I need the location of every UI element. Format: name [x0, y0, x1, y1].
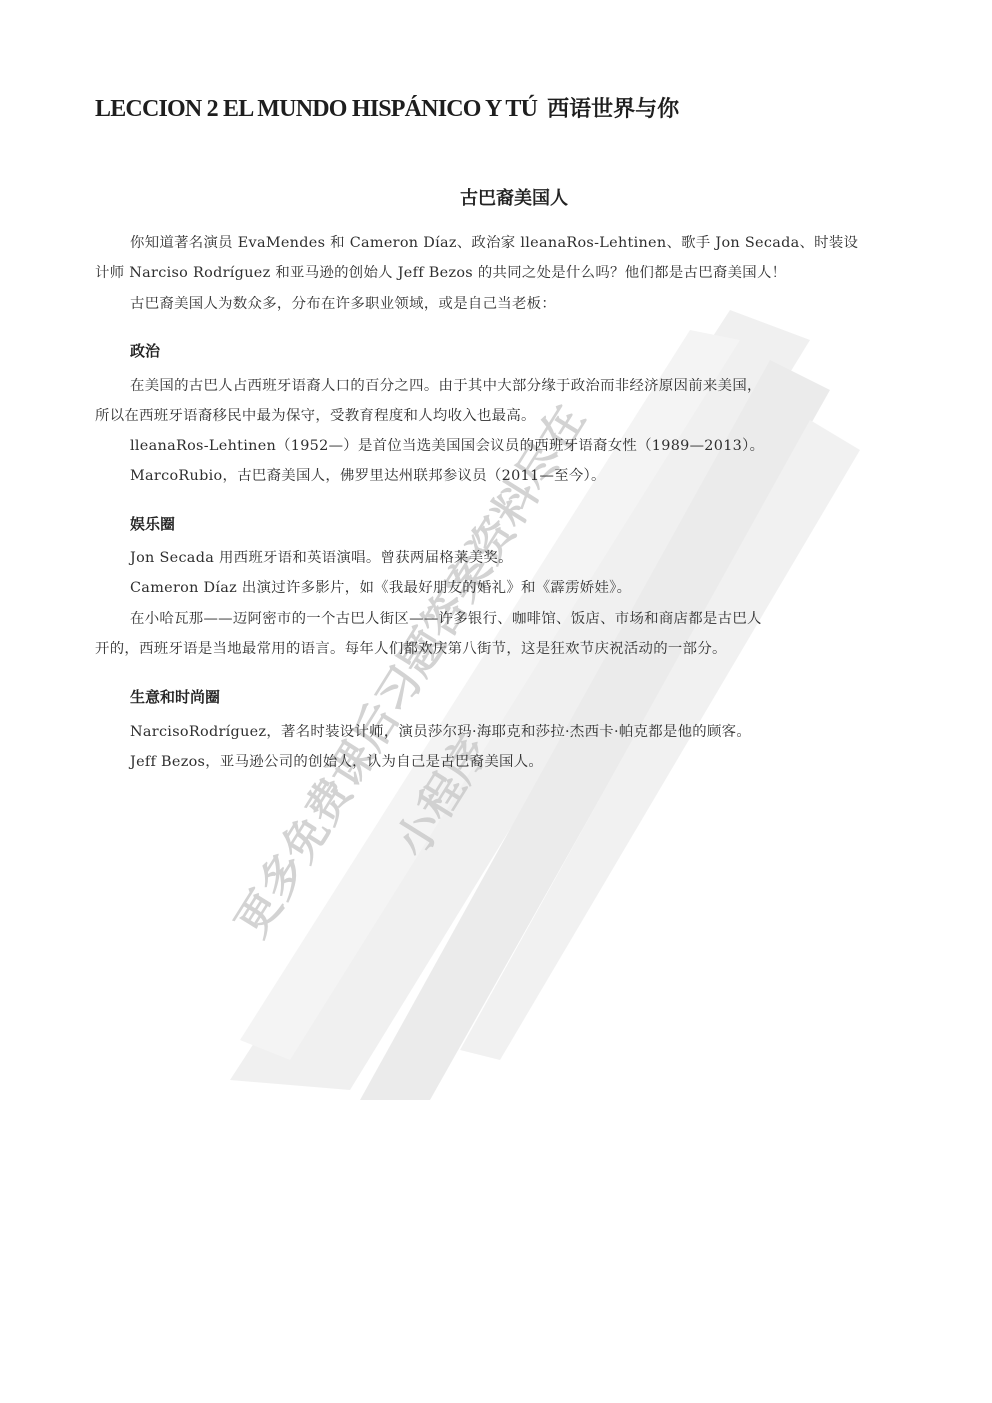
watermark-text-2: 小程序	[386, 727, 499, 866]
entertainment-line-2: Cameron Díaz 出演过许多影片，如《我最好朋友的婚礼》和《霹雳娇娃》。	[130, 576, 631, 597]
section-heading-business-fashion: 生意和时尚圈	[130, 686, 220, 707]
lesson-title-chinese: 西语世界与你	[547, 96, 679, 122]
entertainment-line-1: Jon Secada 用西班牙语和英语演唱。曾获两届格莱美奖。	[130, 546, 513, 567]
section-heading-entertainment: 娱乐圈	[130, 513, 175, 534]
lesson-title-latin: LECCION 2 EL MUNDO HISPÁNICO Y TÚ	[95, 96, 537, 122]
entertainment-line-4: 开的，西班牙语是当地最常用的语言。每年人们都欢庆第八街节，这是狂欢节庆祝活动的一…	[95, 637, 727, 658]
politics-line-2: 所以在西班牙语裔移民中最为保守，受教育程度和人均收入也最高。	[95, 404, 536, 425]
intro-line-2: 计师 Narciso Rodríguez 和亚马逊的创始人 Jeff Bezos…	[95, 261, 786, 282]
business-line-1: NarcisoRodríguez，著名时装设计师，演员莎尔玛·海耶克和莎拉·杰西…	[130, 720, 751, 741]
business-line-2: Jeff Bezos，亚马逊公司的创始人，认为自己是古巴裔美国人。	[130, 750, 543, 771]
article-title: 古巴裔美国人	[0, 184, 992, 210]
section-heading-politics: 政治	[130, 340, 160, 361]
intro-line-1: 你知道著名演员 EvaMendes 和 Cameron Díaz、政治家 lle…	[130, 231, 858, 252]
intro-line-3: 古巴裔美国人为数众多，分布在许多职业领域，或是自己当老板：	[130, 292, 556, 313]
entertainment-line-3: 在小哈瓦那——迈阿密市的一个古巴人街区——许多银行、咖啡馆、饭店、市场和商店都是…	[130, 607, 762, 628]
lesson-title: LECCION 2 EL MUNDO HISPÁNICO Y TÚ西语世界与你	[95, 92, 679, 123]
politics-line-1: 在美国的古巴人占西班牙语裔人口的百分之四。由于其中大部分缘于政治而非经济原因前来…	[130, 374, 762, 395]
politics-line-4: MarcoRubio，古巴裔美国人，佛罗里达州联邦参议员（2011—至今）。	[130, 464, 606, 485]
politics-line-3: lleanaRos-Lehtinen（1952—）是首位当选美国国会议员的西班牙…	[130, 434, 764, 455]
